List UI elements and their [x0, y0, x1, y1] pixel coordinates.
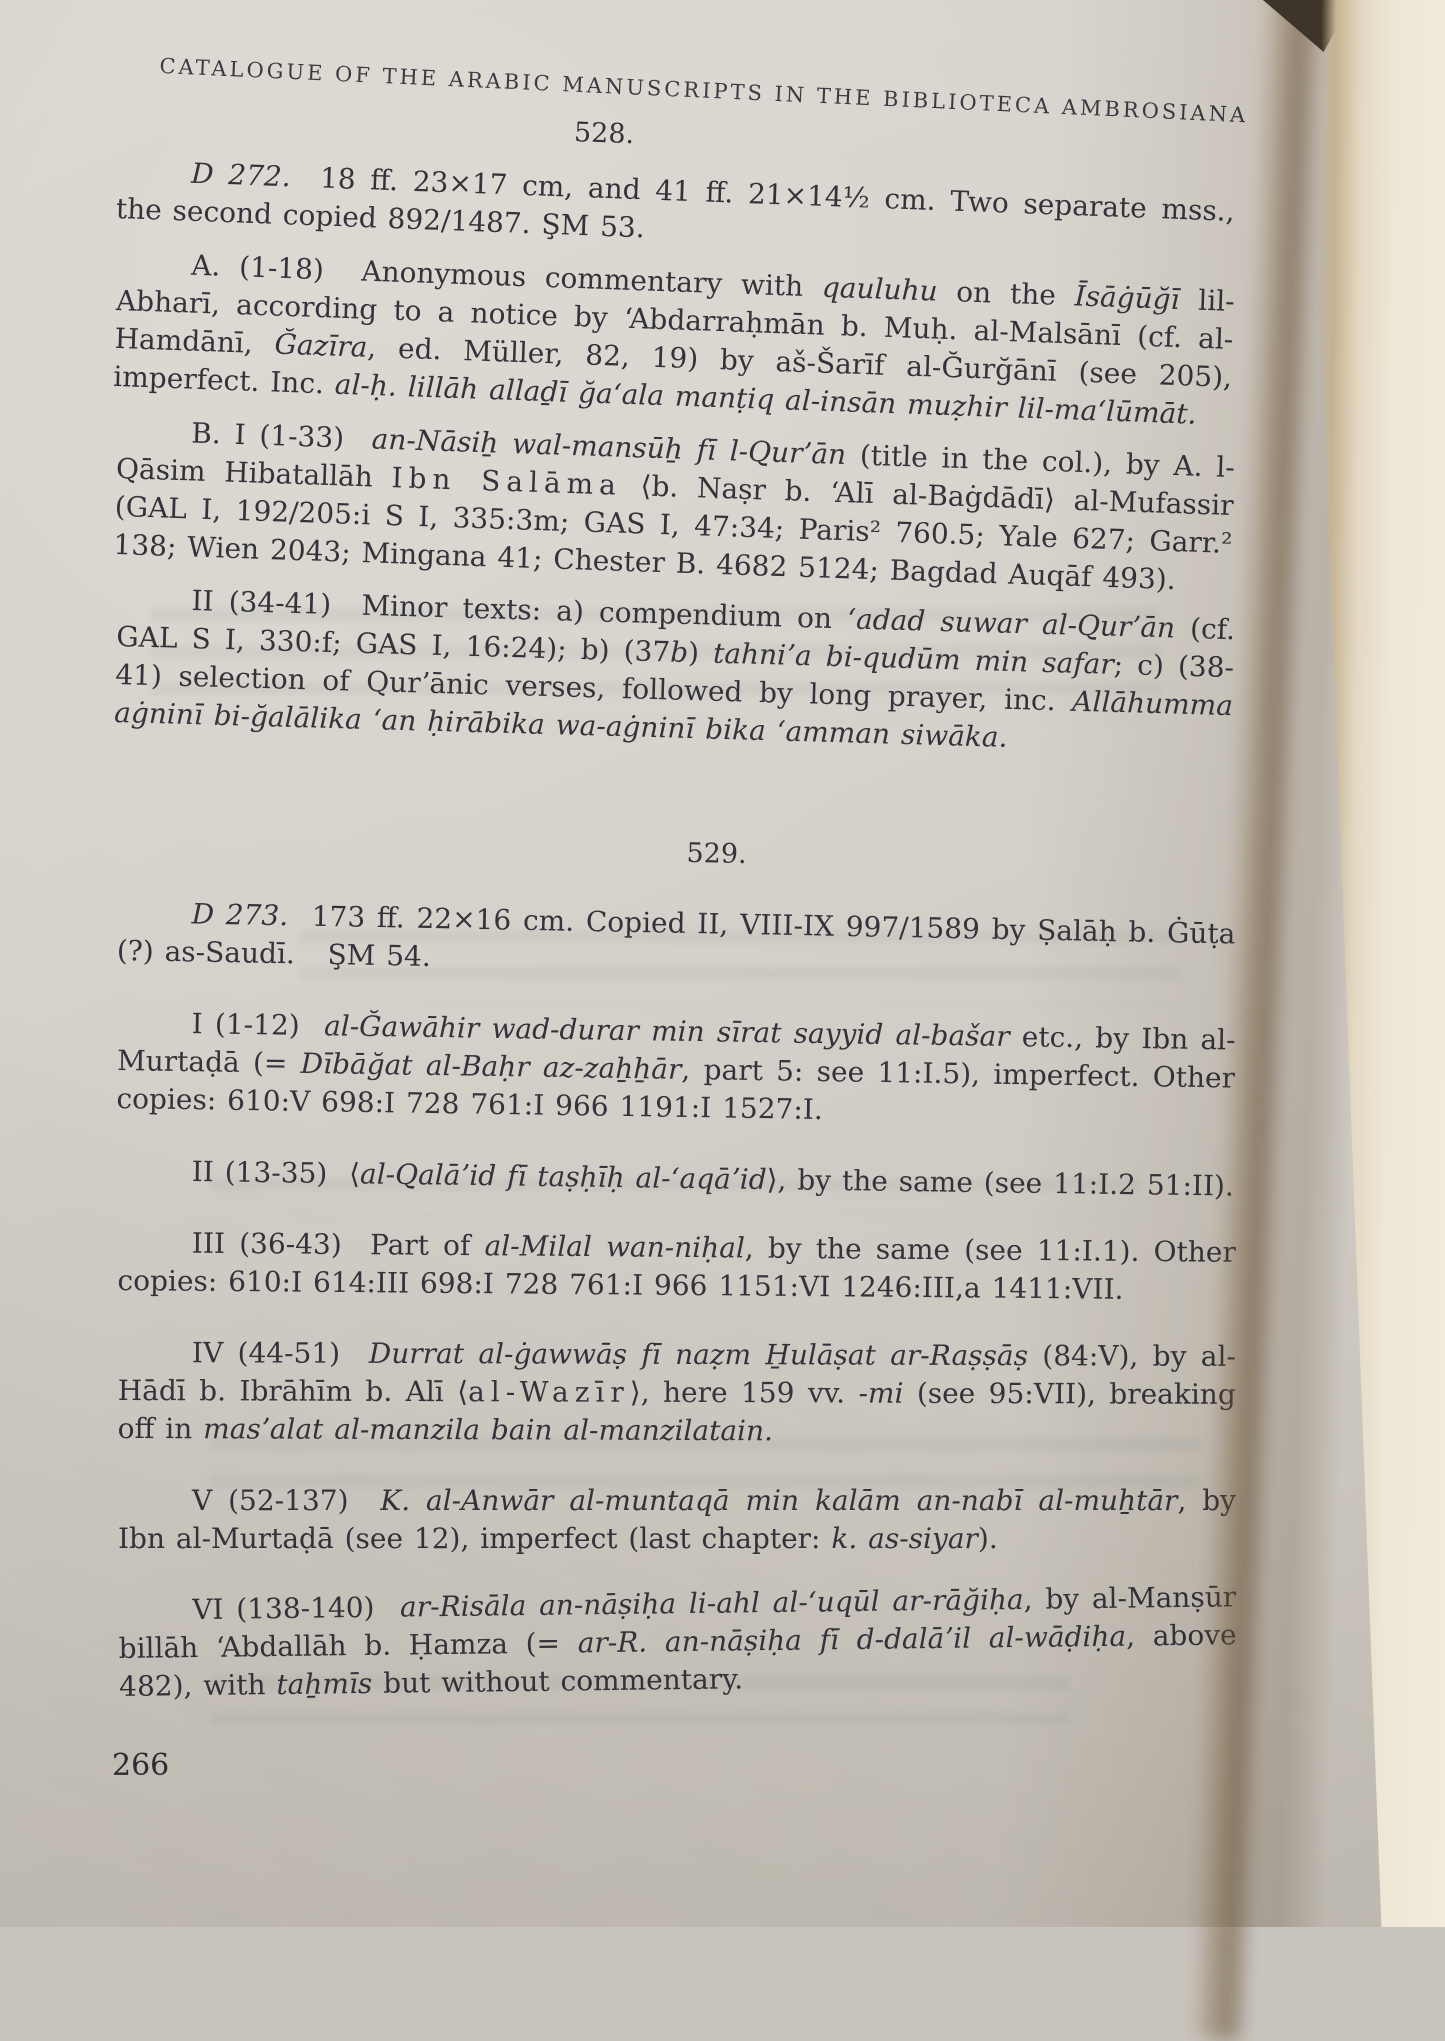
entry-529-item-2: II (13-35) ⟨al-Qalāʼid fī taṣḥīḥ al-ʻaqā…	[117, 1152, 1235, 1206]
entry-529-item-4: IV (44-51) Durrat al-ġawwāṣ fī naẓm H̱ul…	[118, 1334, 1236, 1452]
entry-528-item-a: A. (1-18) Anonymous commentary with qaul…	[113, 244, 1236, 435]
entry-529-item-6: VI (138-140) ar-Risāla an-nāṣiḥa li-ahl …	[118, 1578, 1237, 1706]
entry-529-item-1: I (1-12) al-Ğawāhir wad-durar min sīrat …	[116, 1004, 1236, 1136]
book-page-photo: CATALOGUE OF THE ARABIC MANUSCRIPTS IN T…	[0, 0, 1445, 1927]
entry-528-item-b2: II (34-41) Minor texts: a) compendium on…	[114, 580, 1236, 763]
entry-529-item-3: III (36-43) Part of al-Milal wan-niḥal, …	[117, 1224, 1236, 1310]
entry-529-item-5: V (52-137) K. al-Anwār al-muntaqā min ka…	[118, 1482, 1236, 1558]
entry-528-item-b1: B. I (1-33) an-Nāsiẖ wal-mansūẖ fī l-Qur…	[113, 412, 1235, 601]
entry-529-codicology: D 273. 173 ff. 22×16 cm. Copied II, VIII…	[117, 894, 1236, 991]
entry-529-number: 529.	[157, 825, 1276, 885]
page-number: 266	[112, 1748, 169, 1783]
page-text-block: CATALOGUE OF THE ARABIC MANUSCRIPTS IN T…	[118, 52, 1236, 1740]
